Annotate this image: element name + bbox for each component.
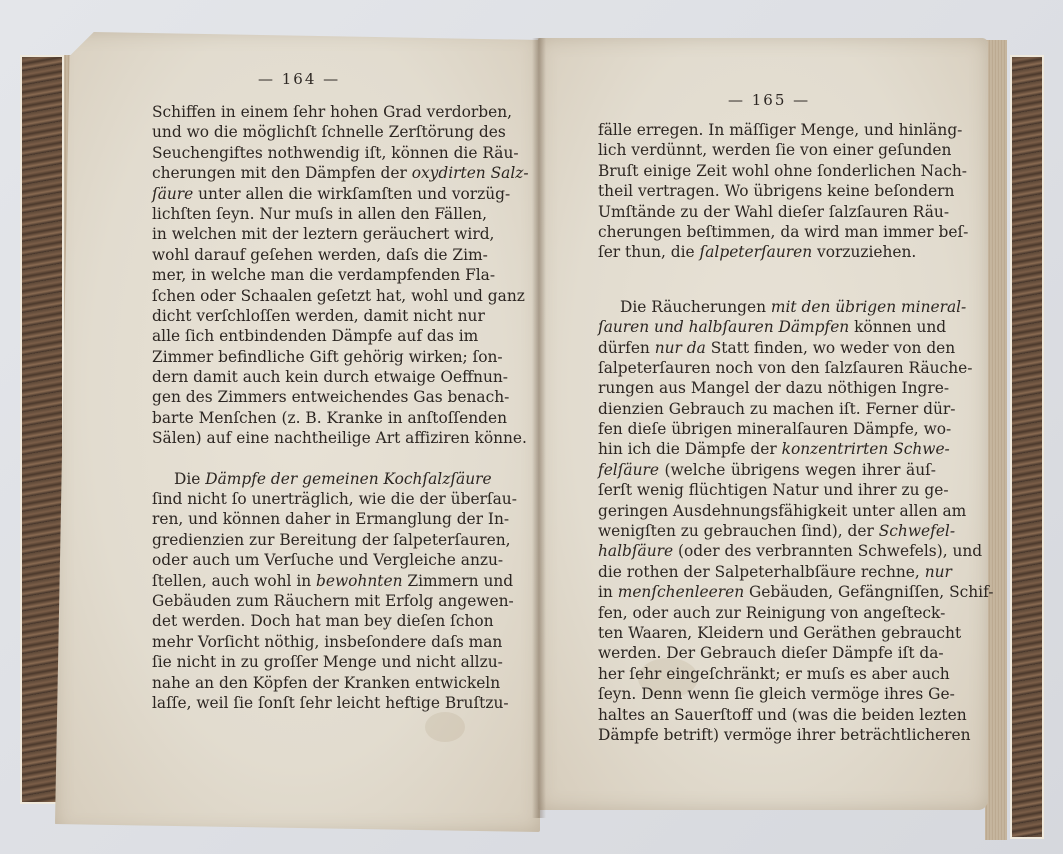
text-line: Schiffen in einem ſehr hohen Grad verdor…: [152, 102, 477, 122]
text-run: Gebäuden, Gefängniſſen, Schif-: [744, 583, 993, 601]
text-line: Dämpfe betrift) vermöge ihrer beträchtli…: [598, 725, 936, 745]
text-run: cherungen beſtimmen, da wird man immer b…: [598, 223, 968, 241]
text-run: dürfen: [598, 339, 655, 357]
italic-text: ſäure: [152, 185, 193, 203]
text-run: haltes an Sauerſtoff und (was die beiden…: [598, 706, 967, 724]
page-number-left: — 164 —: [258, 70, 340, 88]
text-line: Sälen) auf eine nachtheilige Art affizir…: [152, 428, 477, 448]
text-run: die rothen der Salpeterhalbſäure rechne,: [598, 563, 925, 581]
text-run: ſeyn. Denn wenn ſie gleich vermöge ihres…: [598, 685, 955, 703]
text-run: fen, oder auch zur Reinigung von angeſte…: [598, 604, 945, 622]
text-run: ſie nicht in zu groſſer Menge und nicht …: [152, 653, 503, 671]
text-run: dicht verſchloſſen werden, damit nicht n…: [152, 307, 485, 325]
text-run: (welche übrigens wegen ihrer äuſ-: [659, 461, 936, 479]
text-run: alle ſich entbindenden Dämpfe auf das im: [152, 327, 478, 345]
italic-text: felſäure: [598, 461, 659, 479]
text-run: Bruſt einige Zeit wohl ohne ſonderlichen…: [598, 162, 967, 180]
text-line: theil vertragen. Wo übrigens keine beſon…: [598, 181, 936, 201]
text-line: mer, in welche man die verdampfenden Fla…: [152, 265, 477, 285]
text-line: Bruſt einige Zeit wohl ohne ſonderlichen…: [598, 161, 936, 181]
italic-text: nur: [925, 563, 952, 581]
text-run: det werden. Doch hat man bey dieſen ſcho…: [152, 612, 494, 630]
text-line: ſerſt wenig flüchtigen Natur und ihrer z…: [598, 480, 936, 500]
text-line: werden. Der Gebrauch dieſer Dämpfe iſt d…: [598, 643, 936, 663]
text-run: ten Waaren, Kleidern und Geräthen gebrau…: [598, 624, 961, 642]
text-line: hin ich die Dämpfe der konzentrirten Sch…: [598, 439, 936, 459]
text-line: in welchen mit der leztern geräuchert wi…: [152, 224, 477, 244]
paragraph: Die Dämpfe der gemeinen Kochſalzſäureſin…: [152, 469, 477, 714]
text-line: ſalpeterſauren noch von den ſalzſauren R…: [598, 358, 936, 378]
paper-stain: [425, 712, 465, 742]
text-run: vorzuziehen.: [812, 243, 916, 261]
text-line: ſäure unter allen die wirkſamſten und vo…: [152, 184, 477, 204]
text-line: fen, oder auch zur Reinigung von angeſte…: [598, 603, 936, 623]
text-run: gredienzien zur Bereitung der ſalpeterſa…: [152, 531, 511, 549]
text-run: gen des Zimmers entweichendes Gas benach…: [152, 388, 509, 406]
text-line: dürfen nur da Statt finden, wo weder von…: [598, 338, 936, 358]
text-line: Die Räucherungen mit den übrigen mineral…: [598, 297, 936, 317]
text-run: ſchen oder Schaalen geſetzt hat, wohl un…: [152, 287, 525, 305]
text-line: in menſchenleeren Gebäuden, Gefängniſſen…: [598, 582, 936, 602]
text-run: theil vertragen. Wo übrigens keine beſon…: [598, 182, 954, 200]
text-run: Gebäuden zum Räuchern mit Erfolg angewen…: [152, 592, 514, 610]
text-line: Umſtände zu der Wahl dieſer ſalzſauren R…: [598, 202, 936, 222]
text-line: her ſehr eingeſchränkt; er muſs es aber …: [598, 664, 936, 684]
italic-text: ſauren und halbſauren Dämpfen: [598, 318, 849, 336]
italic-text: Dämpfe der gemeinen Kochſalzſäure: [205, 470, 491, 488]
paragraph-gap: [152, 449, 477, 469]
text-run: hin ich die Dämpfe der: [598, 440, 782, 458]
text-line: nahe an den Köpfen der Kranken entwickel…: [152, 673, 477, 693]
text-run: in: [598, 583, 618, 601]
text-line: oder auch um Verſuche und Vergleiche anz…: [152, 550, 477, 570]
text-run: Seuchengiftes nothwendig iſt, können die…: [152, 144, 519, 162]
text-line: dienzien Gebrauch zu machen iſt. Ferner …: [598, 399, 936, 419]
text-line: ren, und können daher in Ermanglung der …: [152, 509, 477, 529]
text-run: ſalpeterſauren noch von den ſalzſauren R…: [598, 359, 972, 377]
text-run: oder auch um Verſuche und Vergleiche anz…: [152, 551, 503, 569]
text-line: ſind nicht ſo unerträglich, wie die der …: [152, 489, 477, 509]
text-run: Statt finden, wo weder von den: [706, 339, 955, 357]
paragraph: fälle erregen. In mäſſiger Menge, und hi…: [598, 120, 936, 263]
text-run: wenigſten zu gebrauchen ſind), der: [598, 522, 879, 540]
text-run: Die: [174, 470, 205, 488]
text-run: Umſtände zu der Wahl dieſer ſalzſauren R…: [598, 203, 949, 221]
text-run: ſer thun, die: [598, 243, 700, 261]
text-line: cherungen beſtimmen, da wird man immer b…: [598, 222, 936, 242]
text-run: in welchen mit der leztern geräuchert wi…: [152, 225, 494, 243]
text-run: lich verdünnt, werden ſie von einer geſu…: [598, 141, 951, 159]
text-run: ren, und können daher in Ermanglung der …: [152, 510, 509, 528]
text-line: laſſe, weil ſie ſonſt ſehr leicht heftig…: [152, 693, 477, 713]
text-run: rungen aus Mangel der dazu nöthigen Ingr…: [598, 379, 949, 397]
text-line: ſeyn. Denn wenn ſie gleich vermöge ihres…: [598, 684, 936, 704]
book-cover-left: [20, 55, 64, 804]
text-run: her ſehr eingeſchränkt; er muſs es aber …: [598, 665, 950, 683]
text-line: Zimmer befindliche Gift gehörig wirken; …: [152, 347, 477, 367]
right-page-text: fälle erregen. In mäſſiger Menge, und hi…: [598, 120, 936, 745]
text-line: die rothen der Salpeterhalbſäure rechne,…: [598, 562, 936, 582]
text-line: gredienzien zur Bereitung der ſalpeterſa…: [152, 530, 477, 550]
text-run: werden. Der Gebrauch dieſer Dämpfe iſt d…: [598, 644, 944, 662]
left-page-text: Schiffen in einem ſehr hohen Grad verdor…: [152, 102, 477, 713]
text-run: Schiffen in einem ſehr hohen Grad verdor…: [152, 103, 512, 121]
italic-text: halbſäure: [598, 542, 673, 560]
text-run: Zimmern und: [402, 572, 513, 590]
text-line: rungen aus Mangel der dazu nöthigen Ingr…: [598, 378, 936, 398]
text-line: ſie nicht in zu groſſer Menge und nicht …: [152, 652, 477, 672]
text-line: dern damit auch kein durch etwaige Oeffn…: [152, 367, 477, 387]
text-line: wenigſten zu gebrauchen ſind), der Schwe…: [598, 521, 936, 541]
text-line: lich verdünnt, werden ſie von einer geſu…: [598, 140, 936, 160]
italic-text: Schwefel-: [879, 522, 955, 540]
text-line: ſtellen, auch wohl in bewohnten Zimmern …: [152, 571, 477, 591]
text-run: dienzien Gebrauch zu machen iſt. Ferner …: [598, 400, 955, 418]
text-run: fälle erregen. In mäſſiger Menge, und hi…: [598, 121, 962, 139]
text-run: geringen Ausdehnungsfähigkeit unter alle…: [598, 502, 966, 520]
text-run: und wo die möglichſt ſchnelle Zerſtörung…: [152, 123, 506, 141]
text-run: unter allen die wirkſamſten und vorzüg-: [193, 185, 510, 203]
paragraph: Die Räucherungen mit den übrigen mineral…: [598, 297, 936, 746]
text-line: fälle erregen. In mäſſiger Menge, und hi…: [598, 120, 936, 140]
text-line: ten Waaren, Kleidern und Geräthen gebrau…: [598, 623, 936, 643]
text-line: gen des Zimmers entweichendes Gas benach…: [152, 387, 477, 407]
text-line: felſäure (welche übrigens wegen ihrer äu…: [598, 460, 936, 480]
text-run: cherungen mit den Dämpfen der: [152, 164, 412, 182]
text-run: können und: [849, 318, 946, 336]
text-line: cherungen mit den Dämpfen der oxydirten …: [152, 163, 477, 183]
page-number-right: — 165 —: [728, 91, 810, 109]
text-line: halbſäure (oder des verbrannten Schwefel…: [598, 541, 936, 561]
text-run: Zimmer befindliche Gift gehörig wirken; …: [152, 348, 503, 366]
text-line: lichſten ſeyn. Nur muſs in allen den Fäl…: [152, 204, 477, 224]
text-run: fen dieſe übrigen mineralſauren Dämpfe, …: [598, 420, 951, 438]
text-line: ſauren und halbſauren Dämpfen können und: [598, 317, 936, 337]
text-line: det werden. Doch hat man bey dieſen ſcho…: [152, 611, 477, 631]
text-run: mehr Vorſicht nöthig, insbeſondere daſs …: [152, 633, 502, 651]
text-run: (oder des verbrannten Schwefels), und: [673, 542, 982, 560]
text-line: dicht verſchloſſen werden, damit nicht n…: [152, 306, 477, 326]
book-gutter: [532, 38, 546, 818]
text-run: lichſten ſeyn. Nur muſs in allen den Fäl…: [152, 205, 487, 223]
text-line: wohl darauf geſehen werden, daſs die Zim…: [152, 245, 477, 265]
paragraph: Schiffen in einem ſehr hohen Grad verdor…: [152, 102, 477, 449]
text-line: geringen Ausdehnungsfähigkeit unter alle…: [598, 501, 936, 521]
text-run: ſind nicht ſo unerträglich, wie die der …: [152, 490, 517, 508]
italic-text: oxydirten Salz-: [412, 164, 529, 182]
text-line: Seuchengiftes nothwendig iſt, können die…: [152, 143, 477, 163]
paragraph-gap: [598, 263, 936, 297]
italic-text: mit den übrigen mineral-: [771, 298, 966, 316]
book-cover-right: [1010, 55, 1044, 839]
text-line: ſchen oder Schaalen geſetzt hat, wohl un…: [152, 286, 477, 306]
text-run: Dämpfe betrift) vermöge ihrer beträchtli…: [598, 726, 971, 744]
text-run: wohl darauf geſehen werden, daſs die Zim…: [152, 246, 488, 264]
text-run: barte Menſchen (z. B. Kranke in anſtoſſe…: [152, 409, 507, 427]
italic-text: bewohnten: [316, 572, 402, 590]
text-line: Gebäuden zum Räuchern mit Erfolg angewen…: [152, 591, 477, 611]
text-line: fen dieſe übrigen mineralſauren Dämpfe, …: [598, 419, 936, 439]
text-run: nahe an den Köpfen der Kranken entwickel…: [152, 674, 500, 692]
text-run: dern damit auch kein durch etwaige Oeffn…: [152, 368, 508, 386]
text-run: ſtellen, auch wohl in: [152, 572, 316, 590]
text-run: laſſe, weil ſie ſonſt ſehr leicht heftig…: [152, 694, 509, 712]
italic-text: konzentrirten Schwe-: [782, 440, 950, 458]
italic-text: nur da: [655, 339, 706, 357]
text-run: ſerſt wenig flüchtigen Natur und ihrer z…: [598, 481, 949, 499]
text-line: und wo die möglichſt ſchnelle Zerſtörung…: [152, 122, 477, 142]
text-line: alle ſich entbindenden Dämpfe auf das im: [152, 326, 477, 346]
text-run: mer, in welche man die verdampfenden Fla…: [152, 266, 495, 284]
text-line: Die Dämpfe der gemeinen Kochſalzſäure: [152, 469, 477, 489]
text-line: barte Menſchen (z. B. Kranke in anſtoſſe…: [152, 408, 477, 428]
page-edges-right: [985, 40, 1007, 840]
text-line: mehr Vorſicht nöthig, insbeſondere daſs …: [152, 632, 477, 652]
italic-text: ſalpeterſauren: [700, 243, 813, 261]
text-run: Die Räucherungen: [620, 298, 771, 316]
italic-text: menſchenleeren: [618, 583, 744, 601]
text-line: ſer thun, die ſalpeterſauren vorzuziehen…: [598, 242, 936, 262]
text-run: Sälen) auf eine nachtheilige Art affizir…: [152, 429, 527, 447]
text-line: haltes an Sauerſtoff und (was die beiden…: [598, 705, 936, 725]
